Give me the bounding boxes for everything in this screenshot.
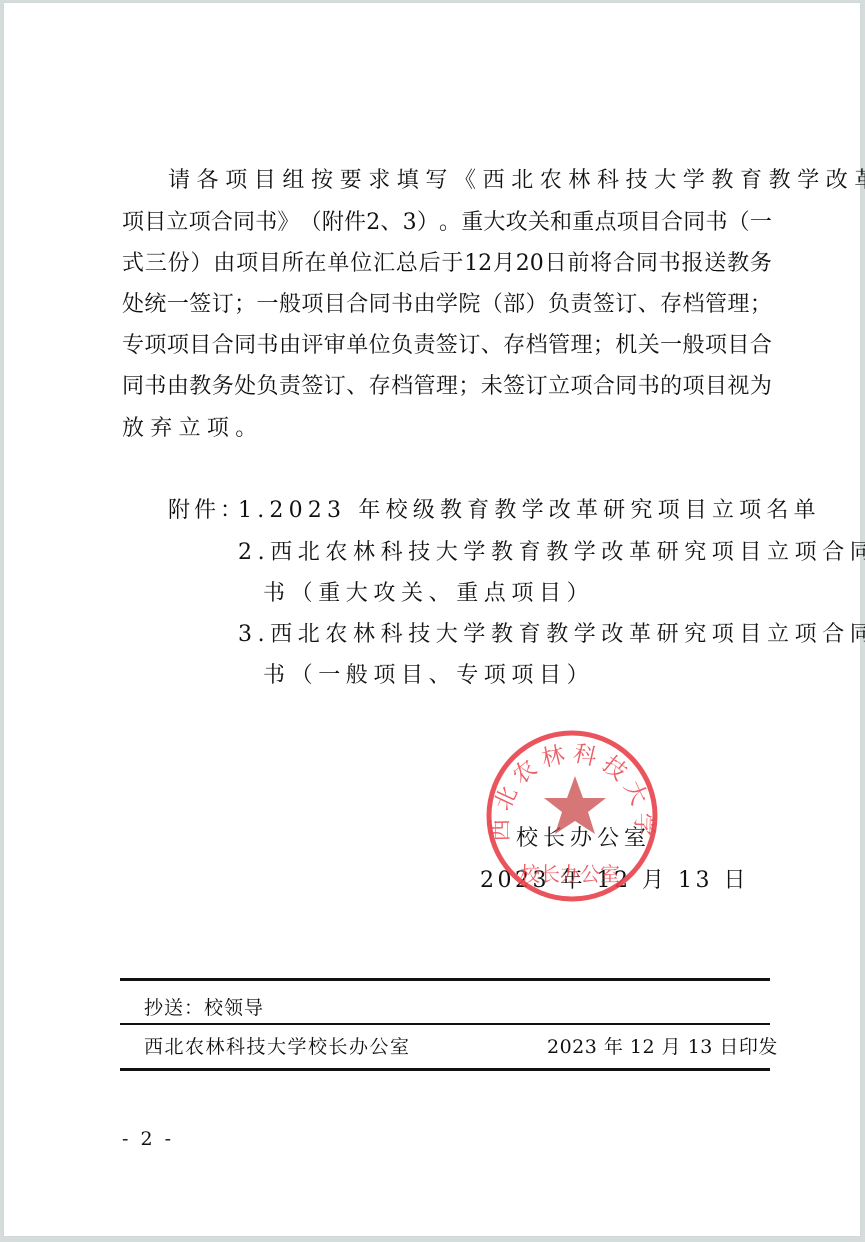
- attachment-2: 2.西北农林科技大学教育教学改革研究项目立项合同: [238, 539, 865, 567]
- attachment-3-num: 3.: [238, 622, 270, 647]
- page-number: - 2 -: [122, 1127, 174, 1151]
- attachments-label: 附件：: [168, 497, 246, 525]
- signature-date: 2023 年 12 月 13 日: [480, 867, 749, 895]
- attachment-3: 3.西北农林科技大学教育教学改革研究项目立项合同: [238, 621, 865, 649]
- issue-date: 2023 年 12 月 13 日印发: [547, 1035, 778, 1059]
- footer-top-rule: [120, 978, 770, 981]
- attachment-2-cont: 书（重大攻关、重点项目）: [263, 580, 594, 608]
- attachment-3-cont: 书（一般项目、专项项目）: [263, 662, 594, 690]
- attachment-2-num: 2.: [238, 540, 270, 565]
- paragraph-line-7: 放弃立项。: [122, 415, 264, 443]
- attachment-3-title: 西北农林科技大学教育教学改革研究项目立项合同: [270, 622, 865, 647]
- paragraph-line-3: 式三份）由项目所在单位汇总后于12月20日前将合同书报送教务: [122, 250, 772, 278]
- paragraph-line-4: 处统一签订；一般项目合同书由学院（部）负责签订、存档管理；: [122, 291, 772, 319]
- attachment-1: 1.2023 年校级教育教学改革研究项目立项名单: [238, 497, 821, 525]
- paragraph-line-6: 同书由教务处负责签订、存档管理；未签订立项合同书的项目视为: [122, 373, 772, 401]
- cc-line: 抄送：校领导: [144, 996, 264, 1020]
- paragraph-line-2: 项目立项合同书》（附件2、3）。重大攻关和重点项目合同书（一: [122, 209, 772, 237]
- footer-bottom-rule: [120, 1068, 770, 1071]
- attachment-2-title: 西北农林科技大学教育教学改革研究项目立项合同: [270, 540, 865, 565]
- paragraph-line-5: 专项项目合同书由评审单位负责签订、存档管理；机关一般项目合: [122, 332, 772, 360]
- document-page: 请各项目组按要求填写《西北农林科技大学教育教学改革研究 项目立项合同书》（附件2…: [4, 3, 860, 1236]
- attachment-1-title: 2023 年校级教育教学改革研究项目立项名单: [269, 498, 820, 523]
- paragraph-line-1: 请各项目组按要求填写《西北农林科技大学教育教学改革研究: [168, 167, 865, 195]
- signature-office: 校长办公室: [516, 825, 651, 853]
- issuer: 西北农林科技大学校长办公室: [144, 1035, 411, 1059]
- footer-middle-rule: [120, 1023, 770, 1025]
- attachment-1-num: 1.: [238, 498, 269, 523]
